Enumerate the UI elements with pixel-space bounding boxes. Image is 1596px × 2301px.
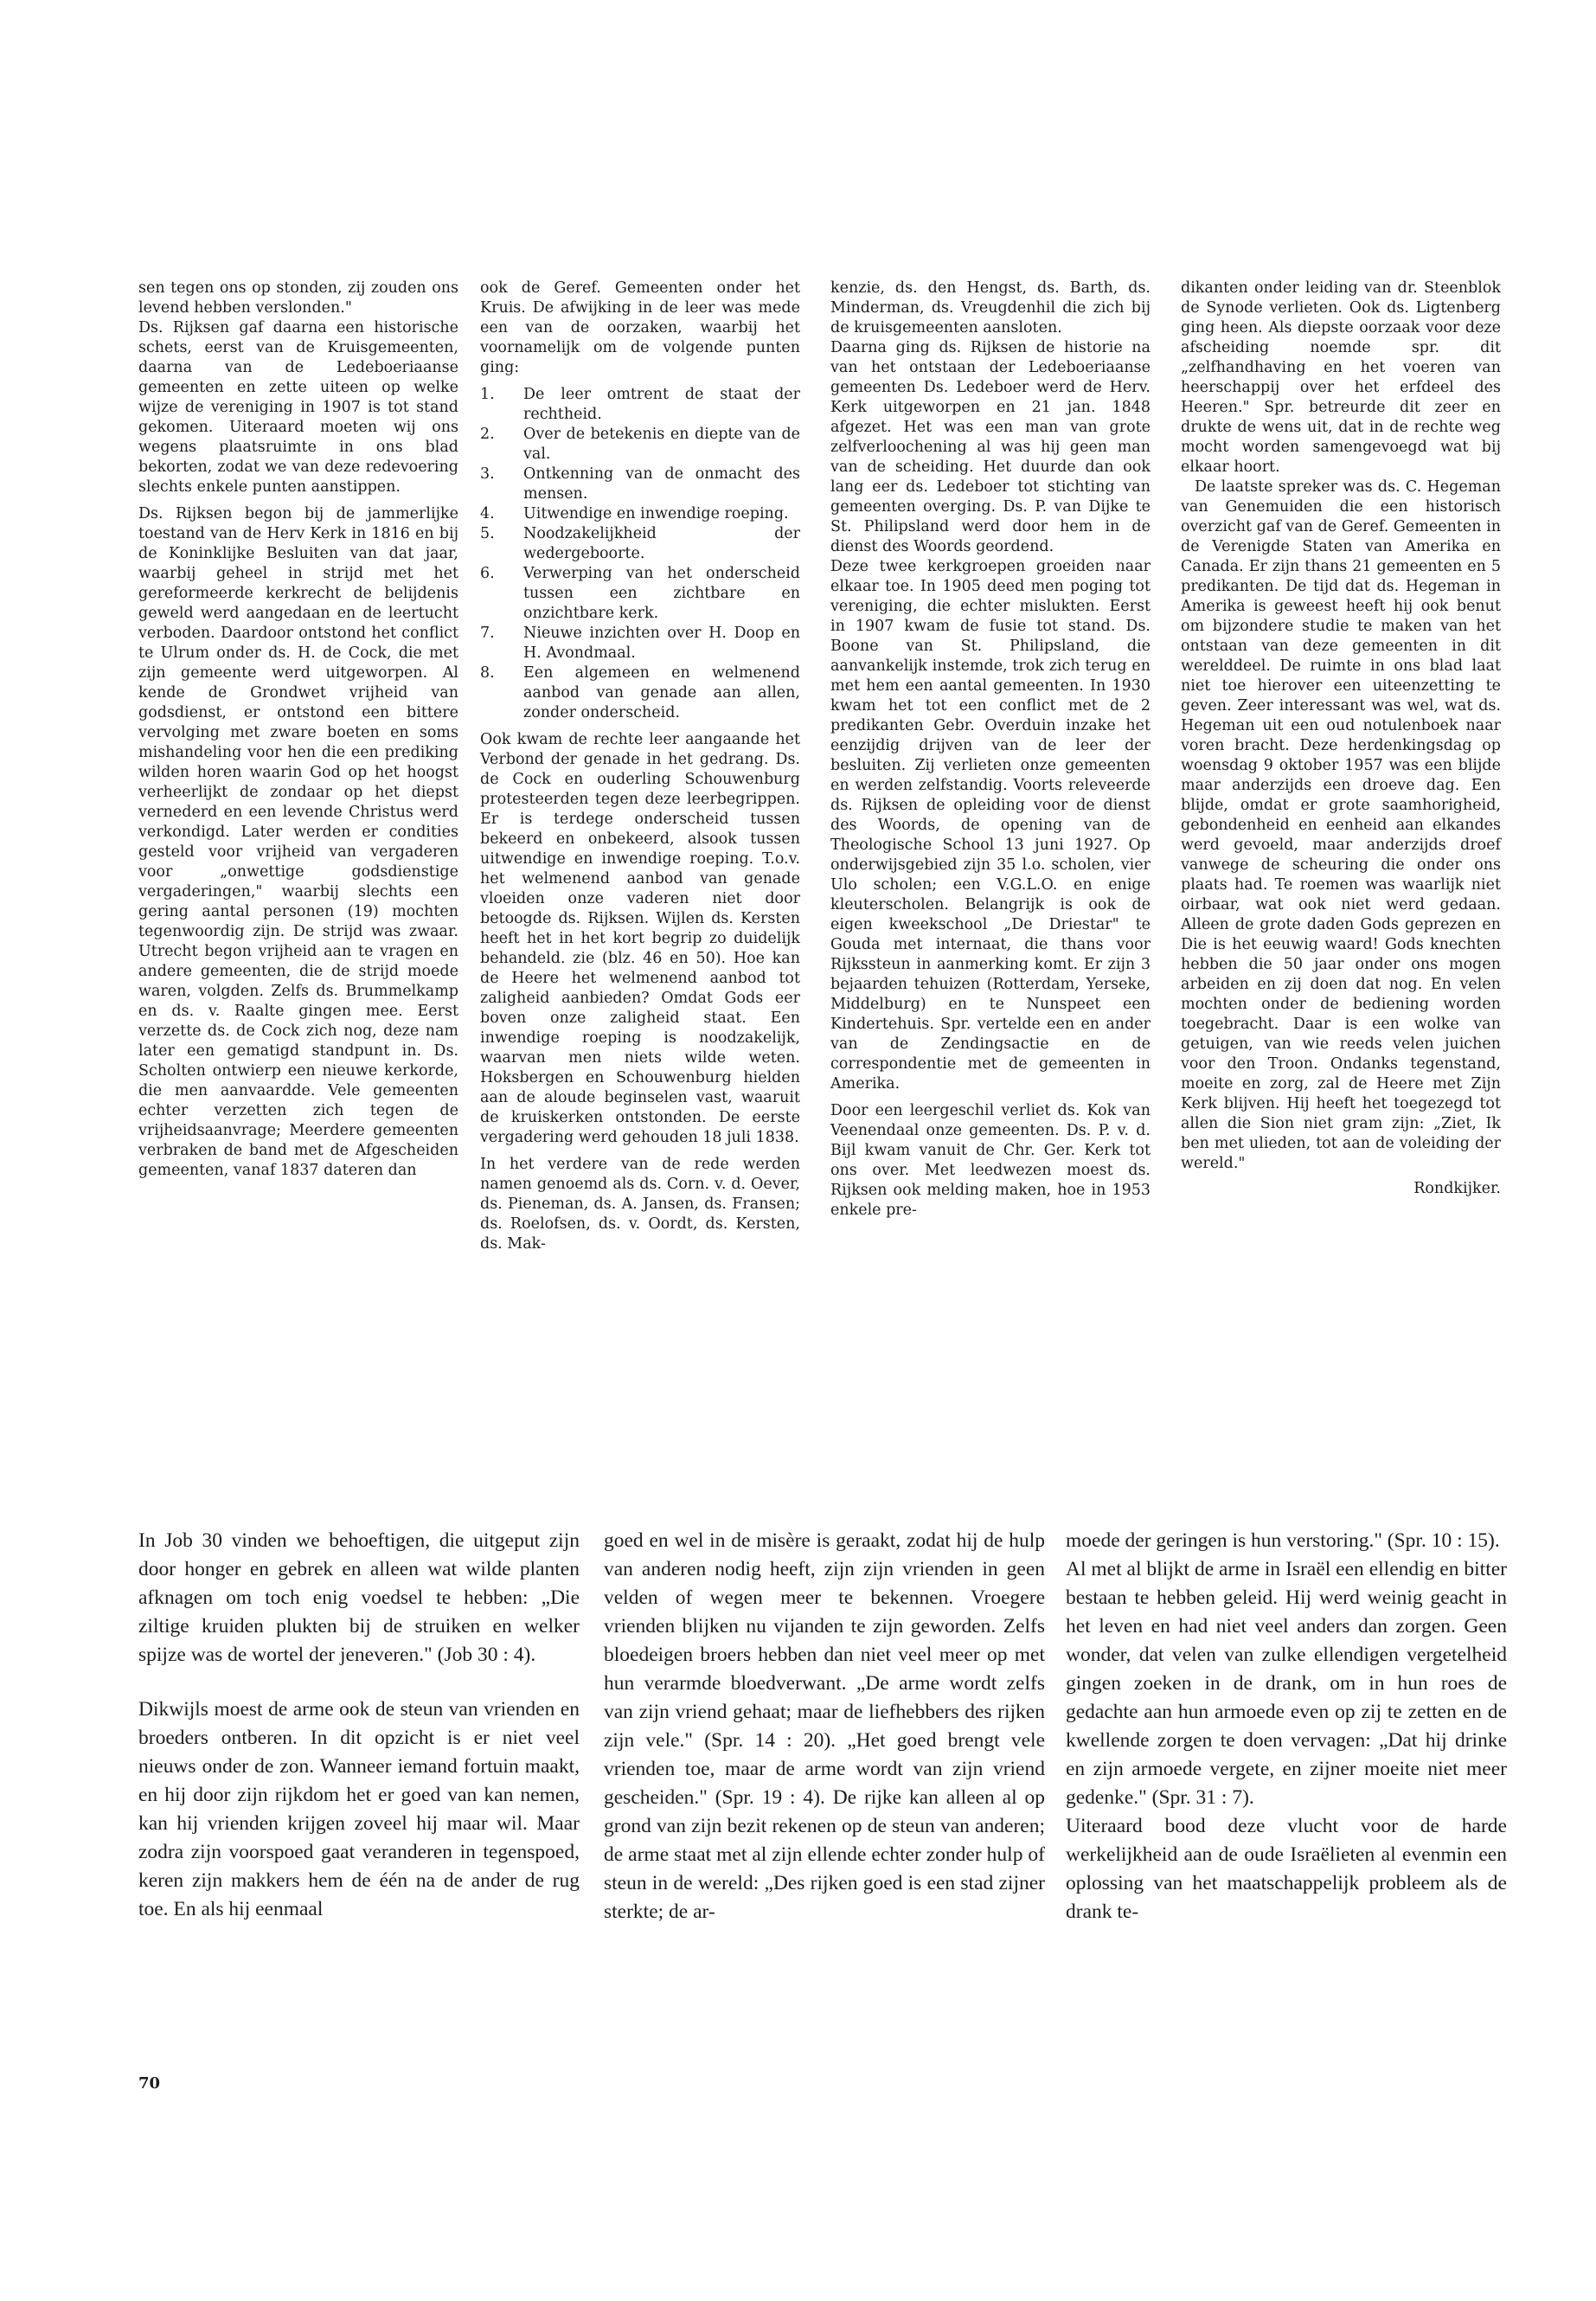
column-4: dikanten onder leiding van dr. Steenblok… (1181, 279, 1501, 1199)
paragraph: Ds. Rijksen gaf daarna een historische s… (138, 318, 458, 497)
paragraph: De laatste spreker was ds. C. Hegeman va… (1181, 478, 1501, 1174)
page-number: 70 (138, 2074, 160, 2093)
paragraph: Al met al blijkt de arme in Israël een e… (1066, 1555, 1507, 1812)
essay-column-3: moede der geringen is hun verstoring." (… (1066, 1527, 1507, 1926)
paragraph: moede der geringen is hun verstoring." (… (1066, 1527, 1507, 1555)
paragraph: In Job 30 vinden we behoeftigen, die uit… (138, 1527, 580, 1670)
column-3: kenzie, ds. den Hengst, ds. Barth, ds. M… (830, 279, 1151, 1221)
paragraph: kenzie, ds. den Hengst, ds. Barth, ds. M… (830, 279, 1151, 338)
paragraph: Daarna ging ds. Rijksen de historie na v… (830, 338, 1151, 557)
paragraph: Dikwijls moest de arme ook de steun van … (138, 1695, 580, 1924)
paragraph: dikanten onder leiding van dr. Steenblok… (1181, 279, 1501, 478)
list-item: 3.Ontkenning van de onmacht des mensen. (480, 465, 800, 504)
list-item: 4.Uitwendige en inwendige roeping. (480, 504, 800, 524)
paragraph: Door een leergeschil verliet ds. Kok van… (830, 1101, 1151, 1221)
doctrine-points-list: 1.De leer omtrent de staat der rechtheid… (480, 385, 800, 723)
list-item: 2.Over de betekenis en diepte van de val… (480, 425, 800, 465)
paragraph: sen tegen ons op stonden, zij zouden ons… (138, 279, 458, 318)
list-item: 6.Verwerping van het onderscheid tussen … (480, 564, 800, 624)
paragraph: In het verdere van de rede werden namen … (480, 1155, 800, 1254)
paragraph: Deze twee kerkgroepen groeiden naar elka… (830, 557, 1151, 1094)
column-1: sen tegen ons op stonden, zij zouden ons… (138, 279, 458, 1181)
paragraph: Uiteraard bood deze vlucht voor de harde… (1066, 1812, 1507, 1926)
essay-column-2: goed en wel in de misère is geraakt, zod… (604, 1527, 1045, 1926)
paragraph: Ook kwam de rechte leer aangaande het Ve… (480, 730, 800, 1148)
list-item: 5.Noodzakelijkheid der wedergeboorte. (480, 524, 800, 564)
column-2: ook de Geref. Gemeenten onder het Kruis.… (480, 279, 800, 1254)
list-item: 1.De leer omtrent de staat der rechtheid… (480, 385, 800, 425)
paragraph: ook de Geref. Gemeenten onder het Kruis.… (480, 279, 800, 378)
paragraph: goed en wel in de misère is geraakt, zod… (604, 1527, 1045, 1926)
list-item: 8.Een algemeen en welmenend aanbod van g… (480, 663, 800, 723)
paragraph: Ds. Rijksen begon bij de jammerlijke toe… (138, 504, 458, 1181)
essay-column-1: In Job 30 vinden we behoeftigen, die uit… (138, 1527, 580, 1924)
author-signature: Rondkijker. (1181, 1179, 1501, 1199)
list-item: 7.Nieuwe inzichten over H. Doop en H. Av… (480, 624, 800, 663)
